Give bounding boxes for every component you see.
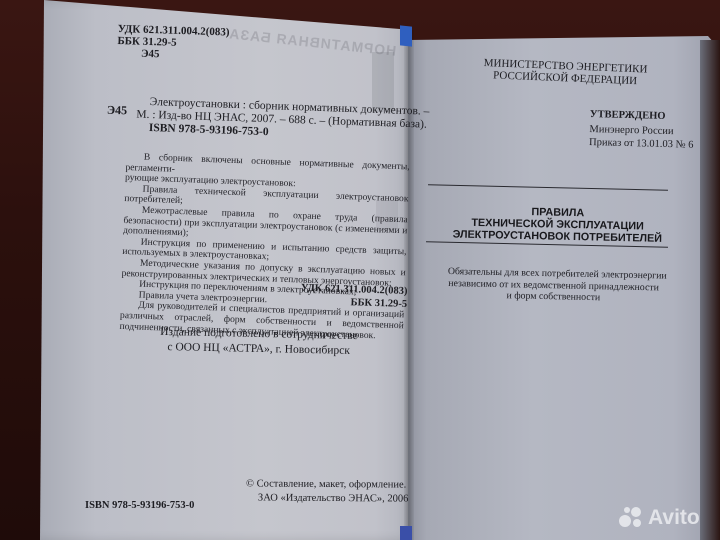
document-title: ПРАВИЛА ТЕХНИЧЕСКОЙ ЭКСПЛУАТАЦИИ ЭЛЕКТРО… [429, 204, 686, 245]
avito-watermark: Avito [619, 506, 700, 530]
cover-edge-bottom [400, 526, 412, 540]
mandatory-note: Обязательны для всех потребителей электр… [447, 266, 660, 305]
classification-top: УДК 621.311.004.2(083) ББК 31.29-5 Э45 [117, 23, 230, 62]
approval-heading: УТВЕРЖДЕНО [590, 108, 695, 124]
avito-text: Avito [648, 506, 700, 530]
copyright-note: © Составление, макет, оформление. ЗАО «И… [246, 477, 409, 505]
right-page-edge-shadow [700, 40, 720, 540]
approval-order: Приказ от 13.01.03 № 6 [589, 136, 694, 152]
contents-summary: В сборник включены основные нормативные … [119, 152, 409, 342]
cover-edge-top [400, 25, 412, 46]
bibliographic-mark: Э45 [107, 103, 128, 119]
cooperation-note: Издание подготовлено в сотрудничестве с … [160, 325, 358, 359]
copyright-line: © Составление, макет, оформление. [246, 477, 409, 492]
avito-dots-logo-icon [619, 507, 645, 529]
approval-block: УТВЕРЖДЕНО Минэнерго России Приказ от 13… [589, 108, 694, 152]
isbn-bottom: ISBN 978-5-93196-753-0 [85, 500, 194, 511]
classification-bottom: УДК 621.311.004.2(083) ББК 31.29-5 [301, 283, 408, 311]
copyright-line: ЗАО «Издательство ЭНАС», 2006 [246, 491, 409, 506]
